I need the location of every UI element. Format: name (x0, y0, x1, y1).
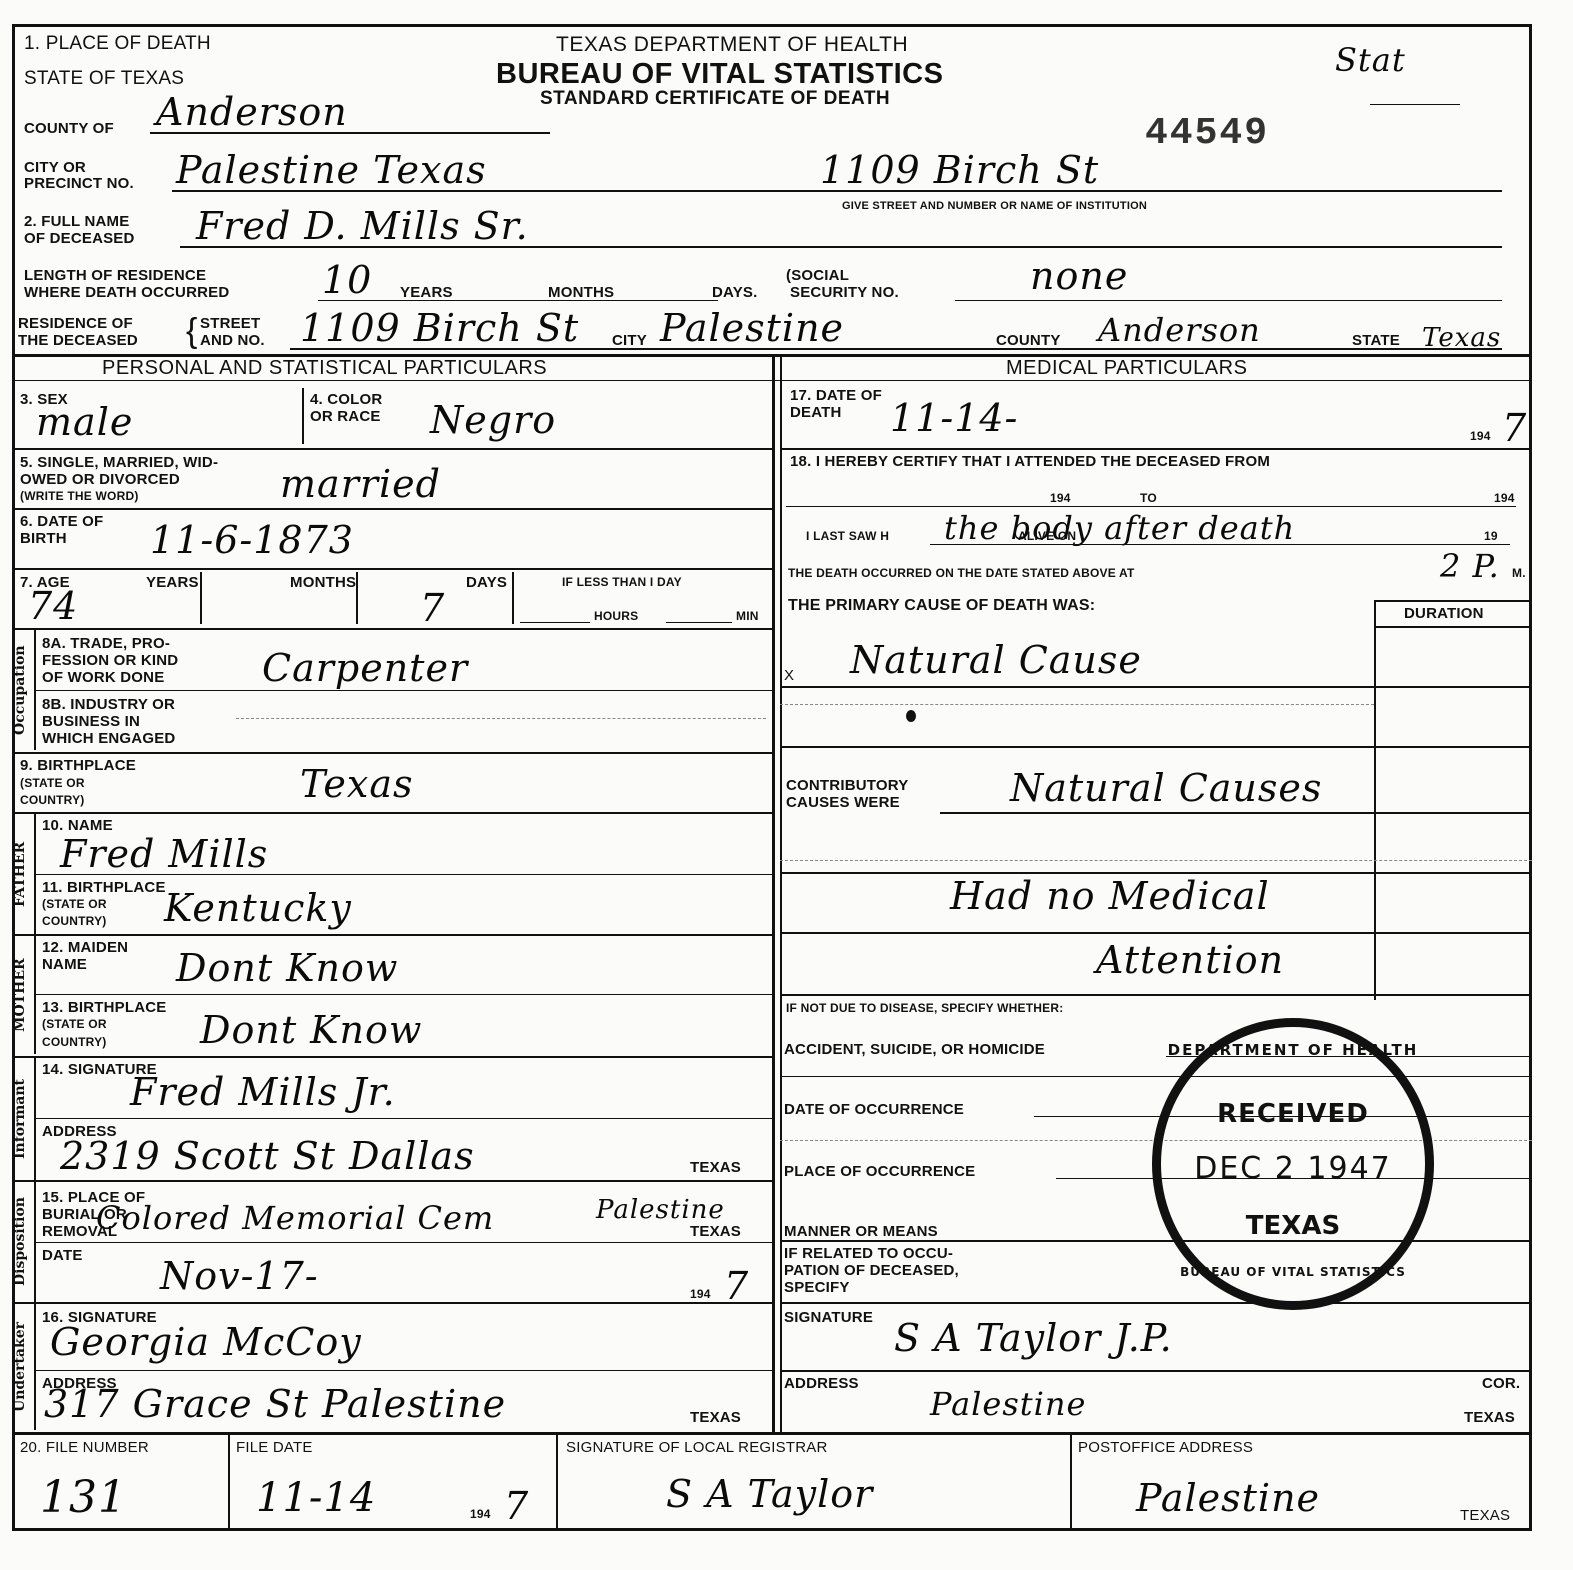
birthplace-label-1: 9. BIRTHPLACE (20, 758, 136, 774)
residence-state: Texas (1422, 318, 1501, 358)
registrar-col-divider (556, 1434, 558, 1528)
sex-value: male (36, 402, 133, 442)
ssn-label-2: SECURITY NO. (790, 285, 899, 301)
death-time-suffix: M. (1512, 567, 1526, 580)
burial-value: Colored Memorial Cem (96, 1198, 494, 1238)
age-divider (200, 572, 202, 624)
residence-city-label: CITY (612, 333, 647, 349)
residence-line (290, 348, 1502, 350)
age-years: 74 (28, 586, 78, 626)
months-label: MONTHS (548, 285, 614, 301)
contributory-label-1: CONTRIBUTORY (786, 778, 908, 794)
received-stamp: DEPARTMENT OF HEALTH RECEIVED DEC 2 1947… (1152, 1018, 1434, 1310)
birthplace-value: Texas (300, 764, 413, 804)
dob-label-2: BIRTH (20, 531, 67, 547)
cause-line (780, 994, 1532, 996)
stamp-date: DEC 2 1947 (1161, 1151, 1425, 1186)
father-birthplace-label-3: COUNTRY) (42, 915, 106, 928)
informant-addr-state: TEXAS (690, 1160, 741, 1176)
burial-date-label: DATE (42, 1248, 83, 1264)
burial-date-value: Nov-17- (160, 1256, 319, 1296)
cause-dotted-line (780, 704, 1374, 705)
father-name-value: Fred Mills (60, 834, 268, 874)
not-disease-label: IF NOT DUE TO DISEASE, SPECIFY WHETHER: (786, 1002, 1063, 1015)
birthplace-label-3: COUNTRY) (20, 794, 84, 807)
county-value: Anderson (156, 92, 348, 132)
row-line (34, 874, 772, 875)
side-divider (34, 1058, 36, 1180)
attended-line (786, 506, 1516, 507)
row-line (12, 1056, 772, 1058)
days-label: DAYS. (712, 285, 757, 301)
file-date-value: 11-14 (256, 1478, 376, 1518)
occupation-related-label-1: IF RELATED TO OCCU- (784, 1246, 953, 1262)
last-saw-line (930, 544, 1510, 545)
ssn-value: none (1030, 256, 1128, 296)
name-label-1: 2. FULL NAME (24, 214, 129, 230)
residence-length-line (318, 300, 718, 301)
age-days: 7 (420, 588, 445, 628)
residence-city: Palestine (660, 308, 844, 348)
row-line (780, 1302, 1532, 1304)
row-line (12, 628, 772, 630)
stamp-top-arc: DEPARTMENT OF HEALTH (1161, 1041, 1425, 1059)
informant-sig-value: Fred Mills Jr. (130, 1072, 396, 1112)
place-occ-label: PLACE OF OCCURRENCE (784, 1164, 975, 1180)
row-line (12, 448, 772, 450)
cause-line (780, 686, 1532, 688)
county-label: COUNTY OF (24, 121, 114, 137)
burial-year-prefix: 194 (690, 1288, 711, 1301)
last-saw-label: I LAST SAW H (806, 530, 889, 543)
trade-label-2: FESSION OR KIND (42, 653, 178, 669)
row-line (12, 1302, 772, 1304)
years-label: YEARS (400, 285, 453, 301)
residence-label-2: THE DECEASED (18, 333, 138, 349)
industry-line (236, 718, 766, 719)
stamp-bottom-arc: BUREAU OF VITAL STATISTICS (1161, 1265, 1425, 1279)
contributory-dotted-line (780, 860, 1532, 861)
undertaker-addr-state: TEXAS (690, 1410, 741, 1426)
undertaker-sig-value: Georgia McCoy (50, 1322, 362, 1362)
accident-label: ACCIDENT, SUICIDE, OR HOMICIDE (784, 1042, 1045, 1058)
bottom-border (12, 1528, 1532, 1531)
age-divider (356, 572, 358, 624)
street-label-2: AND NO. (200, 333, 265, 349)
sex-race-divider (302, 388, 304, 444)
postoffice-label: POSTOFFICE ADDRESS (1078, 1440, 1253, 1456)
deceased-name: Fred D. Mills Sr. (196, 206, 529, 246)
personal-section-title: PERSONAL AND STATISTICAL PARTICULARS (96, 357, 553, 380)
hours-label: HOURS (594, 610, 638, 623)
postoffice-value: Palestine (1136, 1478, 1320, 1518)
mother-name-label-2: NAME (42, 957, 87, 973)
min-line (666, 622, 732, 623)
occupation-related-label-2: PATION OF DECEASED, (784, 1263, 959, 1279)
father-birthplace-label-1: 11. BIRTHPLACE (42, 880, 166, 896)
informant-side-label: Informant (12, 1060, 30, 1178)
residence-state-label: STATE (1352, 333, 1400, 349)
registrar-divider (12, 1432, 1532, 1435)
street-label-1: STREET (200, 316, 260, 332)
residence-length-label-1: LENGTH OF RESIDENCE (24, 268, 206, 284)
stamp-state: TEXAS (1161, 1211, 1425, 1241)
industry-label-3: WHICH ENGAGED (42, 731, 175, 747)
row-line (780, 1076, 1532, 1077)
dod-year-suffix: 7 (1502, 408, 1527, 448)
dod-label-1: 17. DATE OF (790, 388, 882, 404)
state-label: STATE OF TEXAS (24, 71, 184, 87)
date-occ-label: DATE OF OCCURRENCE (784, 1102, 964, 1118)
row-line (12, 812, 772, 814)
mother-birthplace-label-2: (STATE OR (42, 1018, 107, 1031)
row-line (780, 448, 1532, 450)
trade-value: Carpenter (262, 648, 468, 688)
burial-year-suffix: 7 (724, 1266, 749, 1306)
primary-cause-label: THE PRIMARY CAUSE OF DEATH WAS: (788, 598, 1095, 614)
primary-cause-marker: x (784, 668, 794, 684)
mother-name-label-1: 12. MAIDEN (42, 940, 128, 956)
mother-birthplace-value: Dont Know (200, 1010, 422, 1050)
file-year-suffix: 7 (504, 1486, 529, 1526)
row-line (12, 1180, 772, 1182)
city-line (172, 190, 1502, 192)
address-state: TEXAS (1464, 1410, 1515, 1426)
to-label: TO (1140, 492, 1157, 505)
less-than-day-label: IF LESS THAN I DAY (562, 576, 682, 589)
duration-header-line (1374, 626, 1532, 628)
certify-text: 18. I HEREBY CERTIFY THAT I ATTENDED THE… (790, 454, 1270, 470)
death-time-value: 2 P. (1440, 546, 1500, 586)
industry-label-1: 8B. INDUSTRY OR (42, 697, 175, 713)
residence-county-label: COUNTY (996, 333, 1061, 349)
county-line (150, 132, 550, 134)
race-value: Negro (430, 400, 556, 440)
trade-label-1: 8A. TRADE, PRO- (42, 636, 170, 652)
row-line (34, 1118, 772, 1119)
stamp-received: RECEIVED (1161, 1099, 1425, 1129)
burial-state: TEXAS (690, 1224, 741, 1240)
marital-label-1: 5. SINGLE, MARRIED, WID- (20, 455, 218, 471)
place-of-death-label: 1. PLACE OF DEATH (24, 36, 211, 52)
row-line (34, 994, 772, 995)
age-divider (512, 572, 514, 624)
mother-name-value: Dont Know (176, 948, 398, 988)
name-line (180, 246, 1502, 248)
from-year: 194 (1050, 492, 1071, 505)
city-value: Palestine Texas (176, 150, 487, 190)
street-hint: GIVE STREET AND NUMBER OR NAME OF INSTIT… (842, 200, 1147, 212)
father-side-label: FATHER (12, 816, 30, 932)
file-date-label: FILE DATE (236, 1440, 313, 1456)
city-label-1: CITY OR (24, 160, 86, 176)
row-line (34, 1370, 772, 1371)
place-street-value: 1109 Birch St (820, 150, 1099, 190)
father-birthplace-value: Kentucky (164, 888, 352, 928)
age-years-label: YEARS (146, 575, 199, 591)
postoffice-state: TEXAS (1460, 1508, 1510, 1524)
file-number-label: 20. FILE NUMBER (20, 1440, 149, 1456)
name-label-2: OF DECEASED (24, 231, 135, 247)
marital-label-2: OWED OR DIVORCED (20, 472, 180, 488)
ssn-label-1: (SOCIAL (786, 268, 849, 284)
annotation-underline (1370, 104, 1460, 105)
min-label: MIN (736, 610, 759, 623)
contributory-line (940, 812, 1532, 814)
duration-top (1374, 600, 1532, 602)
row-line (12, 934, 772, 936)
cause-line (780, 746, 1532, 748)
hours-line (520, 622, 590, 623)
occupation-side-label: Occupation (12, 632, 30, 748)
to-year: 194 (1494, 492, 1515, 505)
last-saw-year: 19 (1484, 530, 1498, 543)
stat-annotation: Stat (1335, 40, 1406, 80)
address-value: Palestine (930, 1384, 1086, 1424)
dod-value: 11-14- (890, 398, 1018, 438)
occupation-related-label-3: SPECIFY (784, 1280, 850, 1296)
dob-label-1: 6. DATE OF (20, 514, 103, 530)
duration-divider (1374, 600, 1376, 1000)
column-divider-left (772, 357, 775, 1432)
birthplace-label-2: (STATE OR (20, 777, 85, 790)
residence-length-label-2: WHERE DEATH OCCURRED (24, 285, 229, 301)
file-year-prefix: 194 (470, 1508, 491, 1521)
registrar-col-divider (228, 1434, 230, 1528)
residence-county: Anderson (1098, 310, 1261, 350)
medical-section-title: MEDICAL PARTICULARS (1000, 357, 1253, 380)
bureau-title: BUREAU OF VITAL STATISTICS (496, 58, 943, 91)
father-birthplace-label-2: (STATE OR (42, 898, 107, 911)
mother-birthplace-label-1: 13. BIRTHPLACE (42, 1000, 167, 1016)
residence-label-1: RESIDENCE OF (18, 316, 133, 332)
cause-line (780, 932, 1532, 934)
death-time-label: THE DEATH OCCURRED ON THE DATE STATED AB… (788, 567, 1135, 580)
row-line (12, 508, 772, 510)
registrar-sig-label: SIGNATURE OF LOCAL REGISTRAR (566, 1440, 827, 1456)
ink-blot (906, 710, 916, 722)
row-line (34, 1242, 772, 1243)
file-number-value: 131 (40, 1478, 127, 1518)
address-label: ADDRESS (784, 1376, 859, 1392)
row-line (12, 752, 772, 754)
column-divider-right (780, 357, 782, 1432)
side-divider (34, 936, 36, 1054)
age-months-label: MONTHS (290, 575, 356, 591)
manner-label: MANNER OR MEANS (784, 1224, 938, 1240)
dob-value: 11-6-1873 (150, 520, 354, 560)
trade-label-3: OF WORK DONE (42, 670, 164, 686)
registrar-sig-value: S A Taylor (666, 1474, 873, 1514)
race-label-2: OR RACE (310, 409, 381, 425)
disposition-side-label: Disposition (12, 1184, 30, 1300)
dod-year-prefix: 194 (1470, 430, 1491, 443)
row-line (34, 690, 772, 691)
brace-glyph: { (186, 314, 197, 348)
signature-value: S A Taylor J.P. (894, 1318, 1173, 1358)
marital-label-3: (WRITE THE WORD) (20, 490, 139, 503)
marital-value: married (280, 464, 441, 504)
note-line-1: Had no Medical (950, 876, 1270, 916)
certificate-number: 44549 (1145, 112, 1269, 155)
city-label-2: PRECINCT NO. (24, 176, 134, 192)
row-line (780, 1370, 1532, 1372)
form-title: STANDARD CERTIFICATE OF DEATH (540, 88, 890, 110)
ssn-line (955, 300, 1502, 301)
industry-label-2: BUSINESS IN (42, 714, 140, 730)
age-days-label: DAYS (466, 575, 507, 591)
last-saw-value: the body after death (944, 508, 1295, 548)
registrar-col-divider (1070, 1434, 1072, 1528)
dod-label-2: DEATH (790, 405, 842, 421)
informant-addr-value: 2319 Scott St Dallas (60, 1136, 475, 1176)
residence-years: 10 (322, 260, 372, 300)
side-divider (34, 1304, 36, 1430)
undertaker-side-label: Undertaker (12, 1306, 30, 1428)
death-certificate: 1. PLACE OF DEATH STATE OF TEXAS TEXAS D… (0, 0, 1573, 1570)
mother-birthplace-label-3: COUNTRY) (42, 1036, 106, 1049)
duration-label: DURATION (1404, 606, 1484, 622)
race-label-1: 4. COLOR (310, 392, 382, 408)
row-line (12, 568, 772, 570)
contributory-label-2: CAUSES WERE (786, 795, 900, 811)
undertaker-addr-value: 317 Grace St Palestine (44, 1384, 506, 1424)
contributory-value: Natural Causes (1010, 768, 1322, 808)
mother-side-label: MOTHER (12, 938, 30, 1052)
agency-title: TEXAS DEPARTMENT OF HEALTH (556, 33, 908, 57)
signature-label: SIGNATURE (784, 1310, 873, 1326)
note-line-2: Attention (1096, 940, 1284, 980)
residence-street: 1109 Birch St (300, 308, 579, 348)
title-suffix: COR. (1482, 1376, 1520, 1392)
primary-cause-value: Natural Cause (850, 640, 1142, 680)
